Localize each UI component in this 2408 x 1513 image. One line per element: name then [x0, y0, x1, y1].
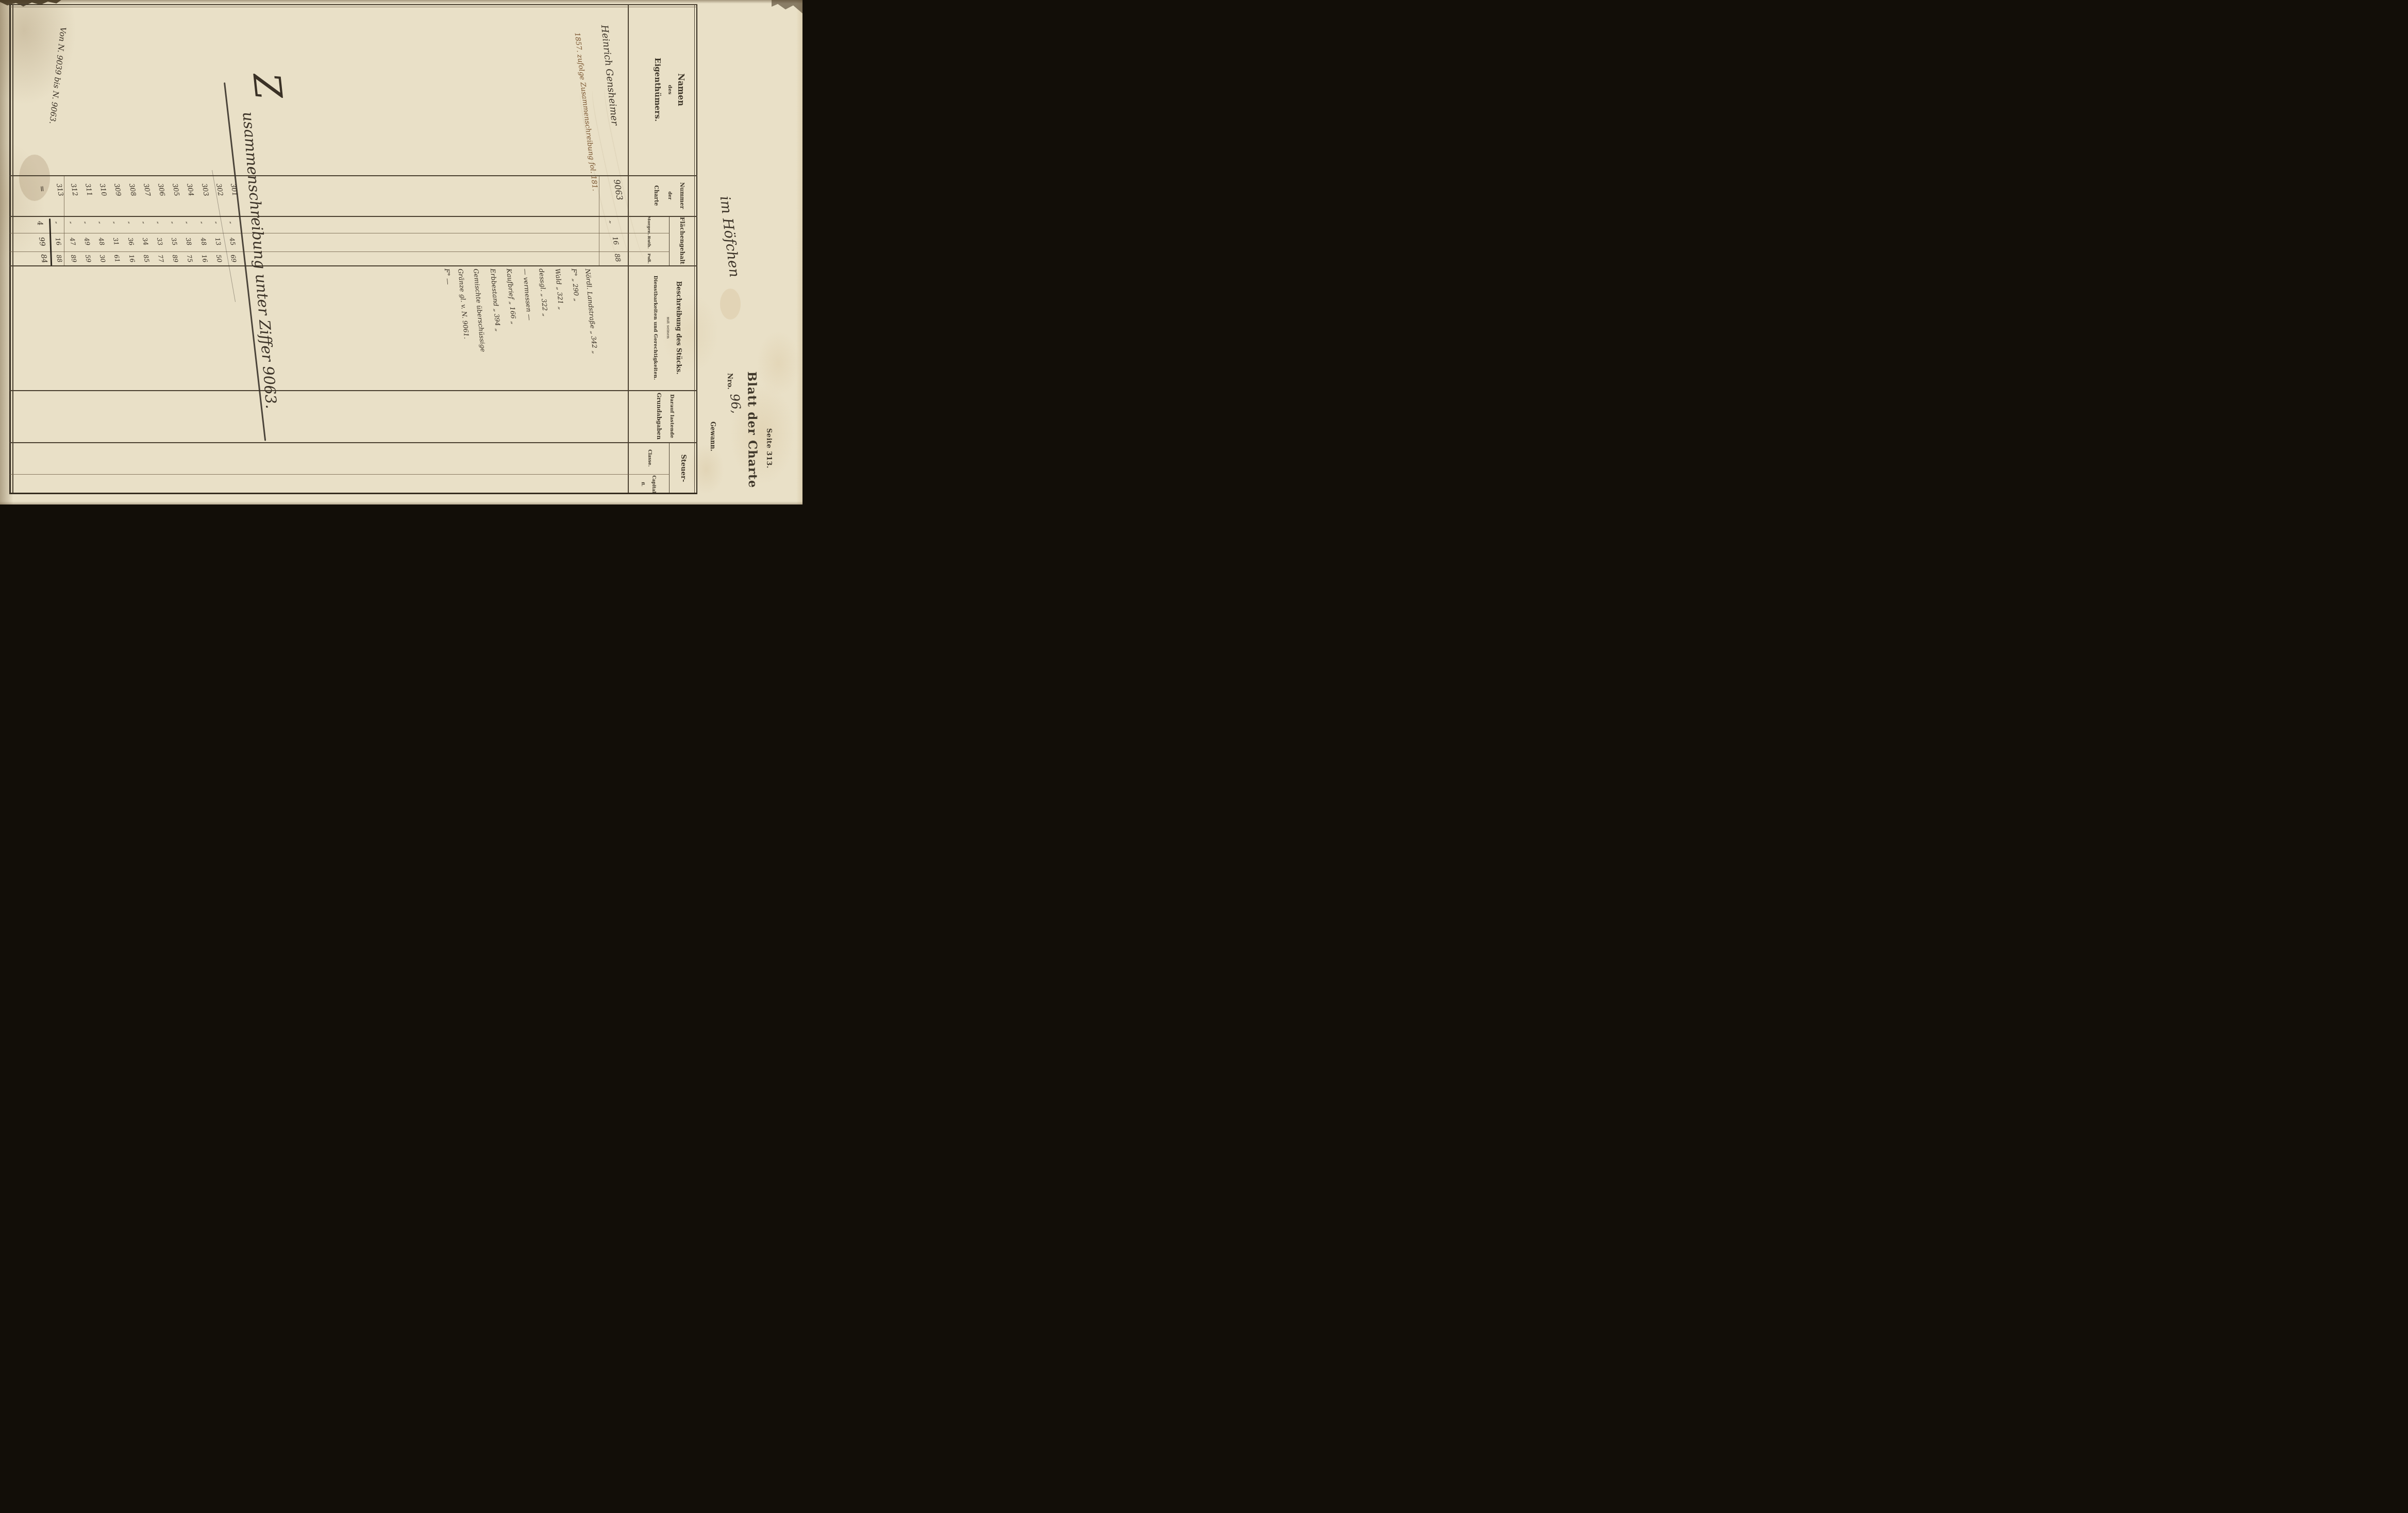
row-fuss: 16 [200, 254, 209, 263]
row-charte: 312 [69, 183, 79, 197]
row-ruth: 33 [156, 237, 164, 246]
description-line: — vermessen — [522, 268, 534, 321]
row-ruth: 13 [214, 237, 222, 246]
row-fuss: 89 [70, 254, 78, 263]
row-fuss: 85 [142, 254, 150, 263]
description-line: Gränze gl. v. N. 9061. [457, 268, 471, 340]
row-charte: 309 [113, 183, 123, 197]
row-charte: 313 [55, 183, 64, 197]
description-line: Erbbestand „ 394 „ [489, 268, 503, 332]
row-morgen-ditto: „ [171, 221, 177, 224]
sum-charte-ditto: = [37, 185, 47, 192]
row-charte: 307 [142, 183, 152, 197]
header-charte: Charte [653, 175, 659, 216]
row-ruth: 35 [170, 237, 178, 246]
row-morgen-ditto: „ [98, 221, 104, 224]
sum-underline [49, 218, 53, 266]
row-fuss: 69 [229, 254, 238, 263]
row-fuss: 30 [98, 254, 107, 263]
col-rule-grundabgaben [10, 442, 697, 443]
row-morgen-ditto: „ [199, 221, 206, 224]
table-bottom-border-inner [13, 4, 14, 494]
sum-morgen: 4 [35, 221, 44, 226]
header-capital-fl: fl. [641, 474, 646, 494]
col-rule-nummer [10, 216, 697, 217]
row-morgen-ditto: „ [229, 221, 235, 224]
row-charte: 311 [83, 183, 93, 197]
row-fuss: 59 [84, 254, 92, 263]
row-morgen-ditto: „ [54, 221, 60, 224]
header-ruth: Ruth. [647, 233, 652, 251]
header-bottom-rule [628, 4, 629, 494]
flourish-initial: Z [245, 71, 291, 102]
steuer-subheader-rule [669, 442, 670, 494]
row-morgen-ditto: „ [214, 221, 220, 224]
flaeche-subheader-rule [669, 216, 670, 265]
gewann-label: Gewann. [709, 422, 716, 451]
table-top-border-inner [694, 4, 695, 494]
row-ruth: 47 [69, 237, 77, 246]
morgen-ditto-9063: „ [609, 221, 616, 224]
header-eigenthuemers: Eigenthümers. [653, 4, 662, 175]
row-morgen-ditto: „ [141, 221, 147, 224]
paper-stain [19, 155, 50, 201]
row-ruth: 38 [185, 237, 193, 246]
row-fuss: 77 [157, 254, 165, 263]
description-line: F° „ 290 „ [570, 268, 580, 301]
sum-fuss: 84 [39, 254, 48, 264]
col-rule-beschreibung [10, 390, 697, 391]
row-fuss: 88 [55, 254, 63, 263]
row-fuss: 75 [186, 254, 194, 263]
gewann-name-handwritten: im Höfchen [716, 195, 742, 278]
header-beschreibung: Beschreibung des Stücks. [675, 265, 683, 390]
sum-ruth: 99 [37, 237, 46, 247]
header-namen: Namen [676, 4, 686, 175]
ruth-9063: 16 [611, 236, 620, 246]
row-charte: 302 [214, 183, 224, 197]
row-charte: 305 [171, 183, 180, 197]
header-classe: Classe. [647, 442, 652, 474]
description-line: Wald „ 321 „ [554, 268, 565, 310]
paper-stain [720, 289, 741, 320]
row-morgen-ditto: „ [83, 221, 90, 224]
description-line: Nördl. Landstraße „ 342 „ [584, 268, 599, 354]
row-ruth: 48 [199, 237, 208, 246]
row-charte: 304 [186, 183, 195, 197]
page-title: Blatt der Charte [745, 360, 760, 500]
row-morgen-ditto: „ [127, 221, 133, 224]
header-grundabgaben: Grundabgaben [656, 390, 662, 442]
ledger-page: Seite 313. Blatt der Charte Nro. 96, Gew… [0, 0, 802, 505]
header-nummer: Nummer [679, 175, 685, 216]
torn-page-corner [772, 0, 802, 13]
col-rule-classe [10, 474, 670, 475]
header-steuer: Steuer- [679, 442, 687, 494]
description-line: Gemischte überschüssige [472, 268, 487, 352]
header-morgen: Morgen. [647, 216, 652, 233]
margin-note: Von N. 9039 bis N. 9063. [47, 27, 68, 125]
charte-number-label: Nro. [726, 373, 733, 390]
scanned-ledger-screenshot: Seite 313. Blatt der Charte Nro. 96, Gew… [0, 0, 802, 505]
header-nummer-der: der [667, 175, 672, 216]
row-charte: 308 [127, 183, 137, 197]
row-morgen-ditto: „ [185, 221, 191, 224]
row-ruth: 31 [112, 237, 120, 246]
table-bottom-border [10, 4, 11, 494]
row-ruth: 49 [83, 237, 91, 246]
col-rule-morgen [10, 233, 670, 233]
row-ruth: 36 [127, 237, 135, 246]
row-ruth: 34 [141, 237, 149, 246]
col-rule-fuss [10, 265, 697, 266]
header-mit-seinen: mit seinen [666, 265, 671, 390]
row-morgen-ditto: „ [112, 221, 119, 224]
fuss-9063: 88 [613, 253, 622, 263]
table-top-border [696, 4, 697, 494]
table-left-border [10, 4, 697, 5]
row-fuss: 89 [171, 254, 179, 263]
row-charte: 306 [156, 183, 166, 197]
row-fuss: 50 [215, 254, 223, 263]
charte-number-value: 96, [727, 393, 744, 414]
row-fuss: 16 [128, 254, 136, 263]
row-morgen-ditto: „ [156, 221, 162, 224]
table-left-border-inner [10, 7, 697, 7]
row-ruth: 16 [54, 237, 62, 246]
row-charte: 303 [200, 183, 210, 197]
table-right-border [10, 493, 697, 494]
description-line: Kaufbrief „ 166 „ [505, 268, 517, 325]
header-namen-des: des [667, 4, 673, 175]
description-line: F° — [443, 268, 453, 285]
row-ruth: 45 [228, 237, 237, 246]
page-number-label: Seite 313. [765, 407, 773, 490]
row-morgen-ditto: „ [69, 221, 75, 224]
col-rule-ruth [10, 251, 670, 252]
header-flaechengehalt: Flächengehalt [679, 216, 686, 265]
row-ruth: 48 [97, 237, 106, 246]
header-fuss: Fuß. [647, 251, 652, 265]
header-capital: Capital [651, 474, 656, 494]
row-charte: 301 [229, 183, 239, 197]
description-line: dessgl. „ 322 „ [538, 268, 549, 317]
header-darauf-lastende: Darauf lastende [669, 390, 675, 442]
header-dienstbarkeiten: Dienstbarkeiten und Gerechtigkeiten. [653, 265, 658, 390]
row-fuss: 61 [113, 254, 121, 263]
row-charte: 310 [98, 183, 108, 197]
